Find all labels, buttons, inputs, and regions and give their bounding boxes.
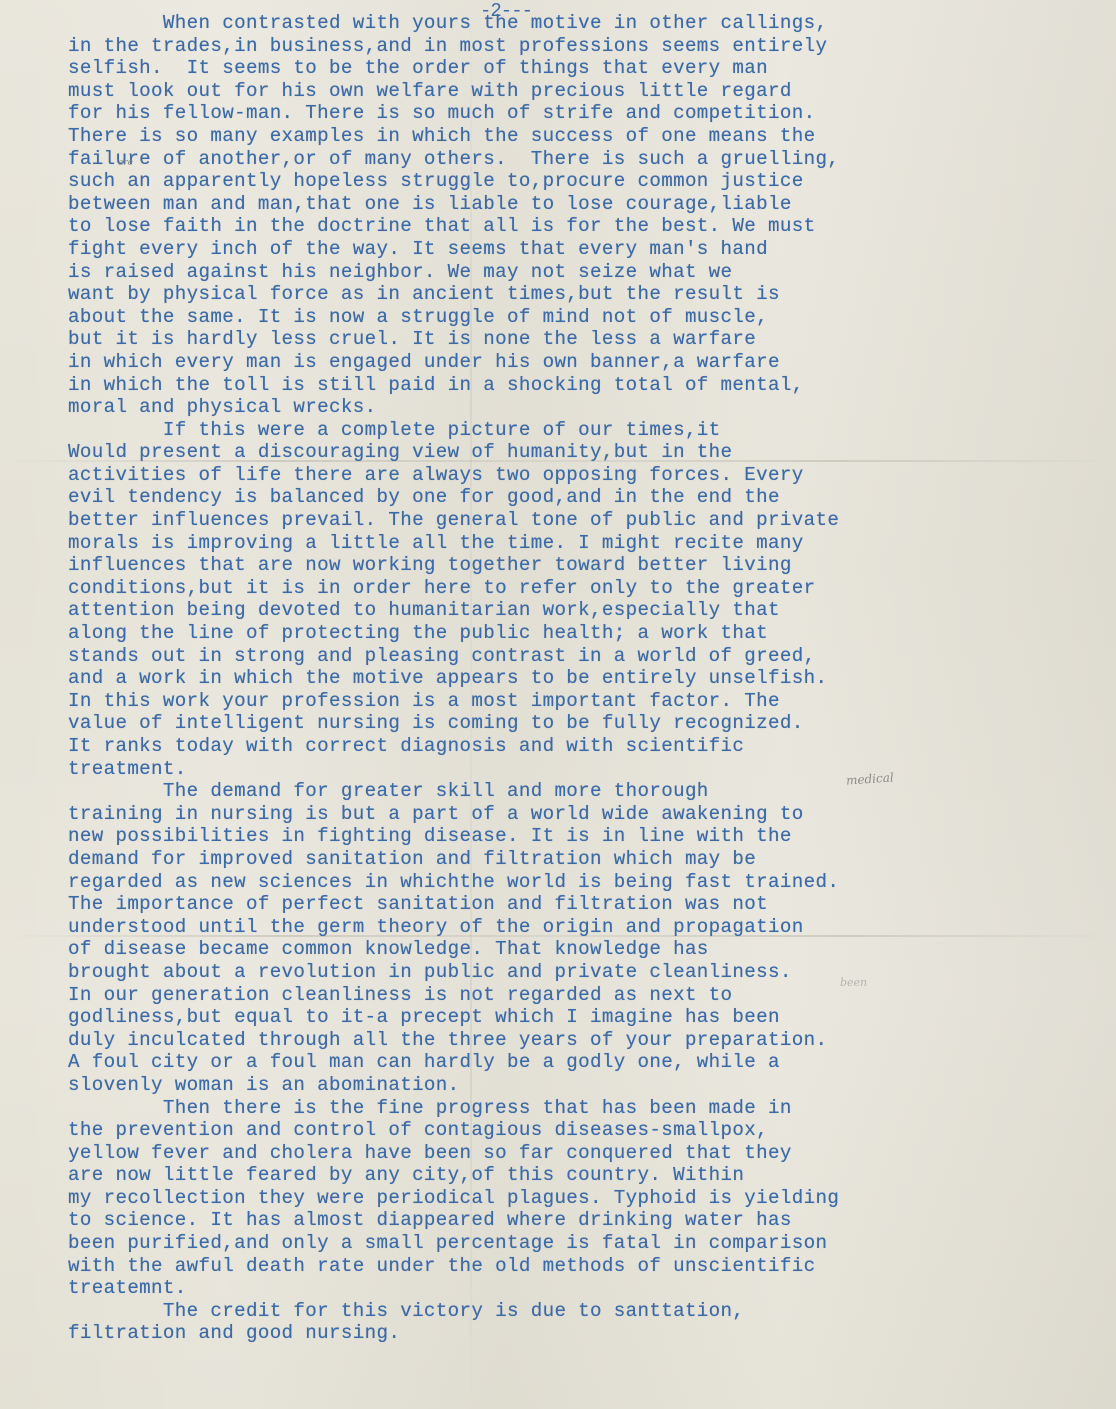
text-line: morals is improving a little all the tim… <box>68 532 839 555</box>
text-line: are now little feared by any city,of thi… <box>68 1164 839 1187</box>
text-line: It ranks today with correct diagnosis an… <box>68 735 839 758</box>
text-line: slovenly woman is an abomination. <box>68 1074 839 1097</box>
text-line: When contrasted with yours the motive in… <box>68 12 839 35</box>
text-line: selfish. It seems to be the order of thi… <box>68 57 839 80</box>
text-line: godliness,but equal to it-a precept whic… <box>68 1006 839 1029</box>
handwritten-annotation-medical: medical <box>846 770 895 787</box>
text-line: yellow fever and cholera have been so fa… <box>68 1142 839 1165</box>
text-line: training in nursing is but a part of a w… <box>68 803 839 826</box>
text-line: The credit for this victory is due to sa… <box>68 1300 839 1323</box>
text-line: along the line of protecting the public … <box>68 622 839 645</box>
text-line: In our generation cleanliness is not reg… <box>68 984 839 1007</box>
text-line: in which every man is engaged under his … <box>68 351 839 374</box>
text-line: and a work in which the motive appears t… <box>68 667 839 690</box>
text-line: my recollection they were periodical pla… <box>68 1187 839 1210</box>
text-line: value of intelligent nursing is coming t… <box>68 712 839 735</box>
text-line: new possibilities in fighting disease. I… <box>68 825 839 848</box>
text-line: Would present a discouraging view of hum… <box>68 441 839 464</box>
text-line: understood until the germ theory of the … <box>68 916 839 939</box>
text-line: The demand for greater skill and more th… <box>68 780 839 803</box>
text-line: activities of life there are always two … <box>68 464 839 487</box>
text-line: regarded as new sciences in whichthe wor… <box>68 871 839 894</box>
text-line: conditions,but it is in order here to re… <box>68 577 839 600</box>
text-line: in the trades,in business,and in most pr… <box>68 35 839 58</box>
text-line: There is so many examples in which the s… <box>68 125 839 148</box>
text-line: for his fellow-man. There is so much of … <box>68 102 839 125</box>
text-line: between man and man,that one is liable t… <box>68 193 839 216</box>
paper-page: -2--- When contrasted with yours the mot… <box>0 0 1116 1409</box>
handwritten-annotation-been: been <box>840 976 867 989</box>
text-line: treatemnt. <box>68 1277 839 1300</box>
text-line: In this work your profession is a most i… <box>68 690 839 713</box>
text-line: to science. It has almost diappeared whe… <box>68 1209 839 1232</box>
handwritten-annotation-are: are <box>118 158 133 168</box>
text-line: The importance of perfect sanitation and… <box>68 893 839 916</box>
text-line: with the awful death rate under the old … <box>68 1255 839 1278</box>
text-line: brought about a revolution in public and… <box>68 961 839 984</box>
text-line: stands out in strong and pleasing contra… <box>68 645 839 668</box>
text-line: better influences prevail. The general t… <box>68 509 839 532</box>
text-line: influences that are now working together… <box>68 554 839 577</box>
text-line: of disease became common knowledge. That… <box>68 938 839 961</box>
text-line: must look out for his own welfare with p… <box>68 80 839 103</box>
text-line: Then there is the fine progress that has… <box>68 1097 839 1120</box>
text-line: A foul city or a foul man can hardly be … <box>68 1051 839 1074</box>
text-line: but it is hardly less cruel. It is none … <box>68 328 839 351</box>
text-line: such an apparently hopeless struggle to,… <box>68 170 839 193</box>
text-line: failure of another,or of many others. Th… <box>68 148 839 171</box>
text-line: fight every inch of the way. It seems th… <box>68 238 839 261</box>
text-line: moral and physical wrecks. <box>68 396 839 419</box>
text-line: in which the toll is still paid in a sho… <box>68 374 839 397</box>
typewritten-letter-body: When contrasted with yours the motive in… <box>68 12 839 1345</box>
text-line: filtration and good nursing. <box>68 1322 839 1345</box>
text-line: attention being devoted to humanitarian … <box>68 599 839 622</box>
text-line: demand for improved sanitation and filtr… <box>68 848 839 871</box>
text-line: the prevention and control of contagious… <box>68 1119 839 1142</box>
text-line: evil tendency is balanced by one for goo… <box>68 486 839 509</box>
text-line: duly inculcated through all the three ye… <box>68 1029 839 1052</box>
text-line: been purified,and only a small percentag… <box>68 1232 839 1255</box>
text-line: is raised against his neighbor. We may n… <box>68 261 839 284</box>
text-line: want by physical force as in ancient tim… <box>68 283 839 306</box>
text-line: treatment. <box>68 758 839 781</box>
text-line: about the same. It is now a struggle of … <box>68 306 839 329</box>
text-line: If this were a complete picture of our t… <box>68 419 839 442</box>
text-line: to lose faith in the doctrine that all i… <box>68 215 839 238</box>
